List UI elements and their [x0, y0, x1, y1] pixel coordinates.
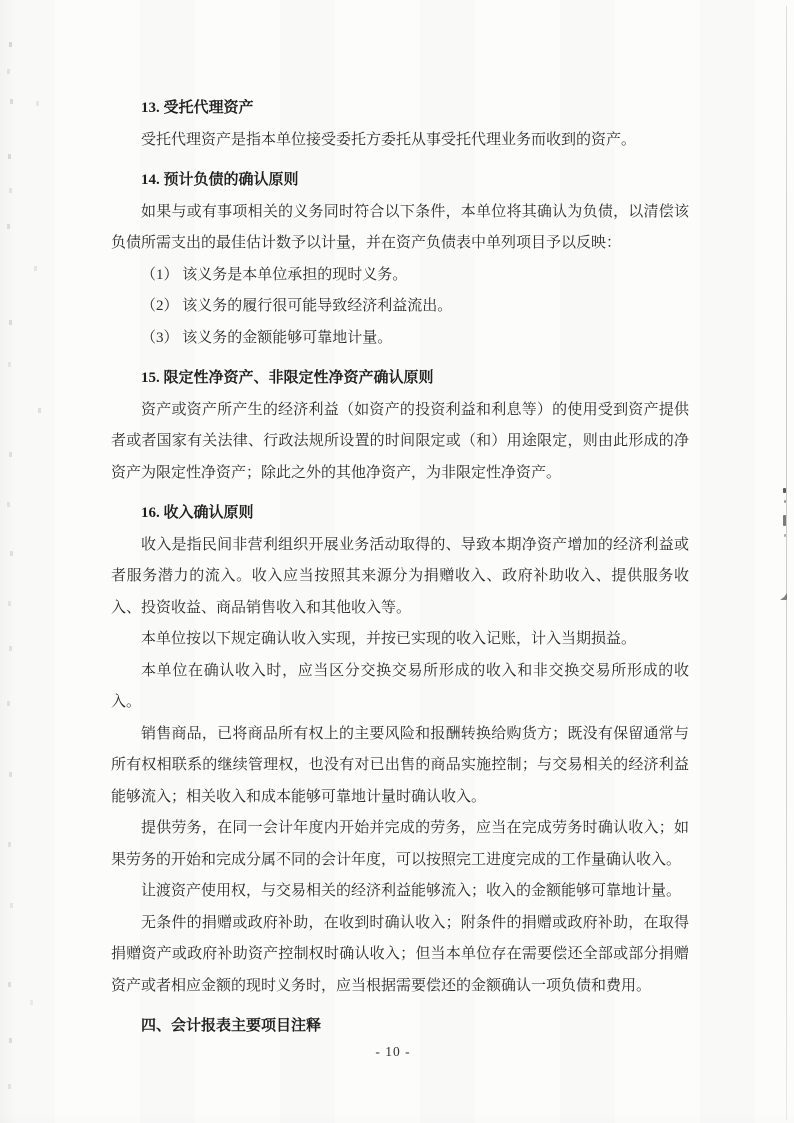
section-heading: 15. 限定性净资产、非限定性净资产确认原则 — [111, 363, 689, 395]
section-heading: 13. 受托代理资产 — [111, 93, 689, 125]
paragraph: 资产或资产所产生的经济利益（如资产的投资利益和利息等）的使用受到资产提供者或者国… — [111, 395, 689, 490]
page-content: 13. 受托代理资产 受托代理资产是指本单位接受委托方委托从事受托代理业务而收到… — [111, 84, 689, 1043]
page-number: - 10 - — [0, 1044, 786, 1060]
section-heading: 16. 收入确认原则 — [111, 498, 689, 530]
document-page: 13. 受托代理资产 受托代理资产是指本单位接受委托方委托从事受托代理业务而收到… — [0, 0, 794, 1123]
paragraph: 无条件的捐赠或政府补助，在收到时确认收入；附条件的捐赠或政府补助，在取得捐赠资产… — [111, 908, 689, 1003]
paragraph: 收入是指民间非营利组织开展业务活动取得的、导致本期净资产增加的经济利益或者服务潜… — [111, 530, 689, 625]
scan-speck — [783, 515, 786, 526]
scan-edge-line — [786, 6, 787, 1120]
paragraph: 受托代理资产是指本单位接受委托方委托从事受托代理业务而收到的资产。 — [111, 125, 689, 157]
section-heading: 14. 预计负债的确认原则 — [111, 165, 689, 197]
scan-speck — [784, 500, 786, 503]
scan-speck — [783, 488, 786, 493]
paragraph: 提供劳务，在同一会计年度内开始并完成的劳务，应当在完成劳务时确认收入；如果劳务的… — [111, 813, 689, 876]
list-item: （1） 该义务是本单位承担的现时义务。 — [111, 260, 689, 292]
paragraph: 本单位在确认收入时，应当区分交换交易所形成的收入和非交换交易所形成的收入。 — [111, 656, 689, 719]
paragraph: 让渡资产使用权，与交易相关的经济利益能够流入；收入的金额能够可靠地计量。 — [111, 876, 689, 908]
section-heading: 四、会计报表主要项目注释 — [111, 1011, 689, 1043]
list-item: （2） 该义务的履行很可能导致经济利益流出。 — [111, 291, 689, 323]
paragraph: 本单位按以下规定确认收入实现，并按已实现的收入记账，计入当期损益。 — [111, 624, 689, 656]
list-item: （3） 该义务的金额能够可靠地计量。 — [111, 323, 689, 355]
scan-speck — [784, 534, 786, 537]
scan-speckles — [0, 0, 3, 5]
paragraph: 如果与或有事项相关的义务同时符合以下条件，本单位将其确认为负债，以清偿该负债所需… — [111, 197, 689, 260]
paragraph: 销售商品，已将商品所有权上的主要风险和报酬转换给购货方；既没有保留通常与所有权相… — [111, 719, 689, 814]
